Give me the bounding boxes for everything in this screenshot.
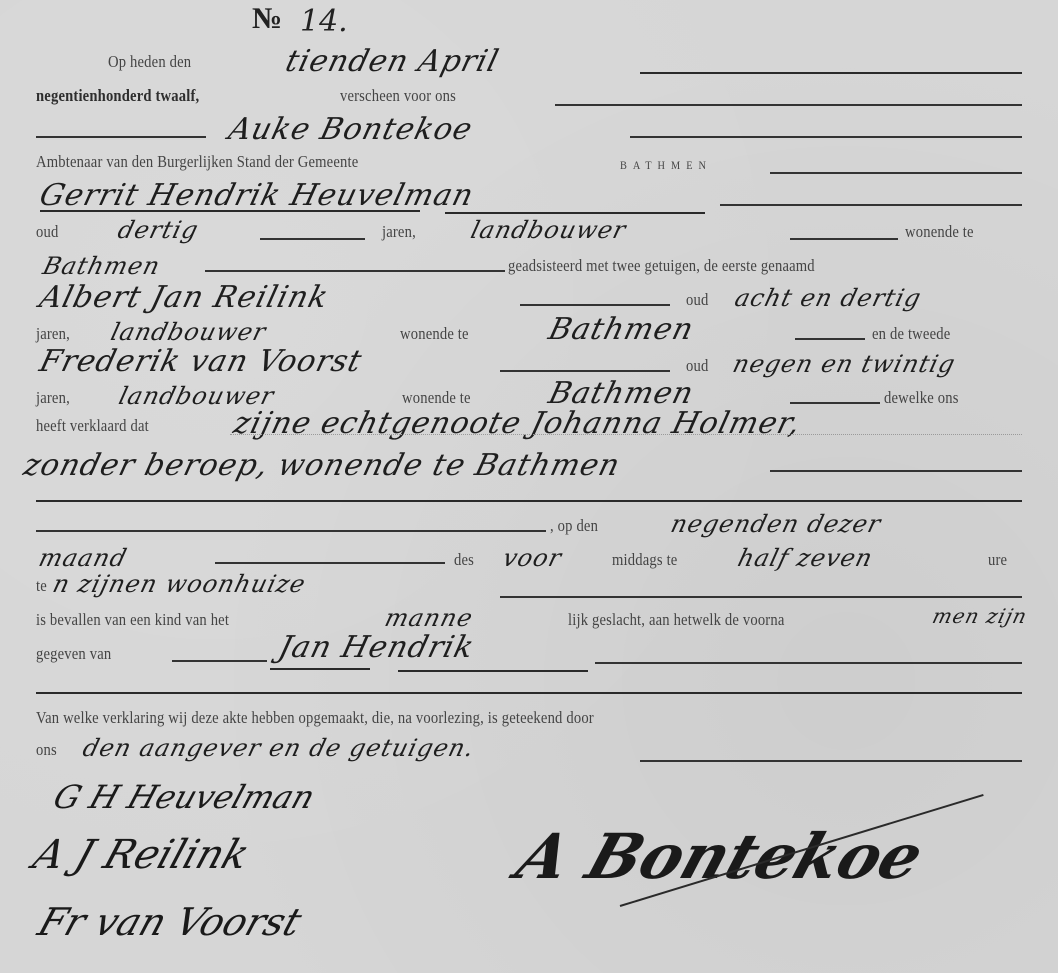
fill-line [500, 370, 670, 372]
print-jaren: jaren, [36, 388, 70, 408]
signature-father: G H Heuvelman [49, 778, 320, 816]
print-des: des [454, 550, 474, 570]
underline-name [398, 670, 588, 672]
fill-line [500, 596, 1022, 598]
hand-gender: manne [382, 604, 476, 632]
underline-name [40, 210, 420, 212]
print-oud: oud [686, 290, 708, 310]
fill-line [640, 72, 1022, 74]
signature-witness1: A J Reilink [28, 832, 255, 878]
print-heeft-verklaard: heeft verklaard dat [36, 416, 149, 436]
hand-men-zijn: men zijn [930, 604, 1030, 628]
print-year: negentienhonderd twaalf, [36, 86, 199, 106]
print-municipality: BATHMEN [620, 158, 712, 173]
fill-line [36, 136, 206, 138]
hand-mother-details: zonder beroep, wonende te Bathmen [20, 448, 624, 483]
fill-line [205, 270, 505, 272]
print-wonende-te: wonende te [402, 388, 471, 408]
print-te: te [36, 576, 47, 596]
fill-line [595, 662, 1022, 664]
underline-name [270, 668, 370, 670]
hand-birth-time: half zeven [735, 544, 876, 572]
print-is-bevallen: is bevallen van een kind van het [36, 610, 229, 630]
print-ure: ure [988, 550, 1007, 570]
print-van-welke-verklaring: Van welke verklaring wij deze akte hebbe… [36, 708, 594, 728]
fill-line [720, 204, 1022, 206]
fill-line [215, 562, 445, 564]
hand-witness1-residence: Bathmen [545, 312, 698, 347]
signature-witness2: Fr van Voorst [33, 900, 307, 944]
print-jaren: jaren, [382, 222, 416, 242]
hand-mother-name: zijne echtgenoote Johanna Holmer, [230, 406, 805, 441]
fill-line [770, 470, 1022, 472]
print-oud: oud [686, 356, 708, 376]
fill-line [790, 402, 880, 404]
print-gegeven-van: gegeven van [36, 644, 111, 664]
hand-child-name: Jan Hendrik [275, 630, 478, 665]
hand-father-residence: Bathmen [40, 252, 163, 280]
print-geslacht: lijk geslacht, aan hetwelk de voorna [568, 610, 784, 630]
fill-line [795, 338, 865, 340]
hand-witness1-name: Albert Jan Reilink [36, 280, 332, 315]
print-geadsisteerd: geadsisteerd met twee getuigen, de eerst… [508, 256, 815, 276]
fill-line [555, 104, 1022, 106]
hand-witness1-age: acht en dertig [732, 284, 924, 312]
fill-line [260, 238, 365, 240]
print-oud: oud [36, 222, 58, 242]
hand-official-name: Auke Bontekoe [225, 112, 476, 147]
underline-name [445, 212, 705, 214]
fill-line [172, 660, 267, 662]
print-middags-te: middags te [612, 550, 677, 570]
print-wonende-te: wonende te [400, 324, 469, 344]
hand-voor: voor [500, 544, 565, 572]
dotted-guide [230, 434, 1022, 435]
hand-father-occupation: landbouwer [468, 216, 629, 244]
record-number-symbol: № [252, 2, 282, 36]
hand-birth-place: n zijnen woonhuize [50, 570, 309, 598]
print-op-den: , op den [550, 516, 598, 536]
print-op-heden: Op heden den [108, 52, 191, 72]
hand-maand: maand [36, 544, 130, 572]
blank-line [36, 692, 1022, 694]
print-dewelke-ons: dewelke ons [884, 388, 959, 408]
print-verscheen: verscheen voor ons [340, 86, 456, 106]
print-ons: ons [36, 740, 57, 760]
hand-witness2-age: negen en twintig [730, 350, 959, 378]
fill-line [520, 304, 670, 306]
print-wonende-te: wonende te [905, 222, 974, 242]
print-ambtenaar: Ambtenaar van den Burgerlijken Stand der… [36, 152, 358, 172]
print-jaren: jaren, [36, 324, 70, 344]
hand-father-name: Gerrit Hendrik Heuvelman [36, 178, 478, 213]
hand-witness1-occupation: landbouwer [108, 318, 269, 346]
fill-line [640, 760, 1022, 762]
blank-line [36, 500, 1022, 502]
fill-line [36, 530, 546, 532]
hand-father-age: dertig [115, 216, 202, 244]
print-en-de-tweede: en de tweede [872, 324, 950, 344]
hand-witness2-name: Frederik van Voorst [36, 344, 366, 379]
fill-line [630, 136, 1022, 138]
hand-birth-day: negenden dezer [668, 510, 884, 538]
record-number-value: 14. [300, 4, 348, 39]
fill-line [770, 172, 1022, 174]
hand-signers: den aangever en de getuigen. [80, 734, 478, 762]
hand-date-day-month: tienden April [282, 44, 503, 79]
fill-line [790, 238, 898, 240]
birth-record-page: № 14. Op heden den tienden April negenti… [0, 0, 1058, 973]
